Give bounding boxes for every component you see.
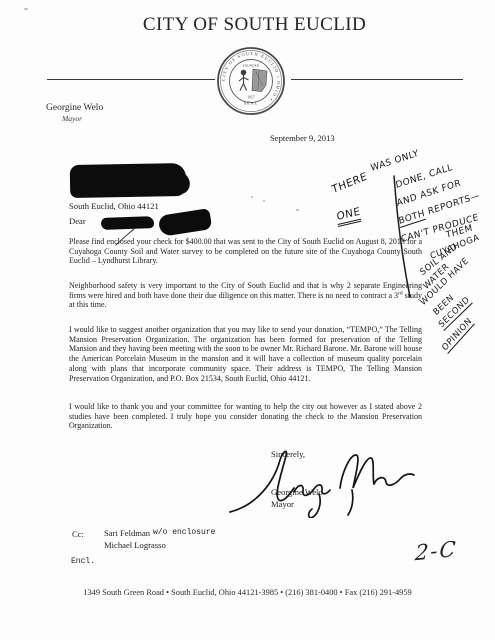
scan-speck: [251, 196, 253, 198]
letterhead-rule-left: [47, 79, 215, 80]
scan-speck: [296, 209, 299, 211]
redaction-salutation-1: [101, 216, 154, 230]
body-paragraph-2: Neighborhood safety is very important to…: [69, 281, 422, 310]
letter-date: September 9, 2013: [270, 133, 335, 143]
seal-founded-text: FOUNDED: [243, 64, 260, 68]
body-paragraph-2-text: Neighborhood safety is very important to…: [69, 281, 422, 300]
handwriting-was-only: WAS ONLY: [370, 149, 420, 174]
cc-note-1: w/o enclosure: [153, 528, 215, 537]
scanned-letter-page: CITY OF SOUTH EUCLID CITY OF SOUTH EUCLI…: [0, 0, 495, 640]
handwriting-both: BOTH: [398, 209, 426, 228]
seal-map-shape: [252, 69, 267, 92]
seal-year-text: 1917: [247, 96, 255, 100]
cc-name-2: Michael Lograsso: [104, 540, 166, 550]
enclosure-label: Encl.: [71, 557, 95, 566]
handwriting-there: THERE: [331, 170, 369, 196]
typed-signature-title: Mayor: [271, 499, 294, 509]
handwriting-page-mark: 2-C: [414, 537, 458, 566]
letterhead-title: CITY OF SOUTH EUCLID: [0, 14, 495, 36]
typed-signature-name: Georgine Welo: [271, 487, 323, 497]
scan-speck: [263, 200, 265, 202]
body-paragraph-3: I would like to suggest another organiza…: [69, 325, 422, 383]
letterhead-rule-right: [291, 79, 463, 80]
scan-speck: [24, 8, 28, 10]
body-paragraph-1: Please find enclosed your check for $400…: [69, 237, 422, 266]
signature-icon: [222, 444, 422, 518]
cc-name-1: Sari Feldman: [104, 528, 150, 538]
mayor-title: Mayor: [62, 114, 82, 123]
city-seal-icon: CITY OF SOUTH EUCLID • OHIO • FOUNDED 19…: [215, 45, 287, 117]
redaction-salutation-2: [158, 208, 213, 237]
cc-label: Cc:: [72, 529, 84, 539]
salutation: Dear: [69, 216, 86, 226]
seal-figure: [239, 70, 249, 90]
mayor-name: Georgine Welo: [46, 103, 103, 113]
handwriting-one: ONE: [336, 206, 362, 227]
recipient-city-line: South Euclid, Ohio 44121: [69, 201, 159, 211]
footer-address-line: 1349 South Green Road • South Euclid, Oh…: [0, 588, 495, 597]
seal-label-text: SEAL: [244, 101, 258, 106]
body-paragraph-4: I would like to thank you and your commi…: [69, 402, 422, 431]
